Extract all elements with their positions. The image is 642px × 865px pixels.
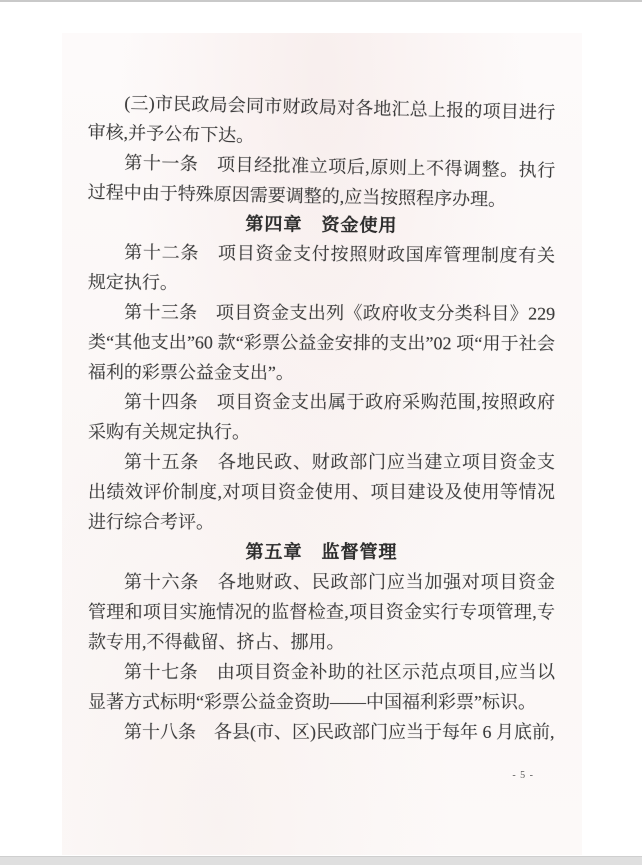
scanner-edge-top — [0, 0, 642, 2]
scanned-document: (三)市民政局会同市财政局对各地汇总上报的项目进行审核,并予公布下达。 第十一条… — [0, 0, 642, 865]
paragraph-article-16: 第十六条 各地财政、民政部门应当加强对项目资金管理和项目实施情况的监督检查,项目… — [88, 567, 555, 657]
page-number: - 5 - — [512, 770, 534, 781]
chapter-heading-5: 第五章 监督管理 — [88, 537, 555, 567]
paragraph-article-13: 第十三条 项目资金支出列《政府收支分类科目》229 类“其他支出”60 款“彩票… — [88, 297, 555, 389]
paragraph-article-18: 第十八条 各县(市、区)民政部门应当于每年 6 月底前, — [88, 717, 555, 747]
paragraph-article-17: 第十七条 由项目资金补助的社区示范点项目,应当以显著方式标明“彩票公益金资助——… — [88, 657, 555, 717]
scanner-edge-bottom — [0, 856, 642, 865]
document-page: (三)市民政局会同市财政局对各地汇总上报的项目进行审核,并予公布下达。 第十一条… — [62, 33, 582, 855]
paragraph-article-12: 第十二条 项目资金支付按照财政国库管理制度有关规定执行。 — [88, 237, 555, 301]
document-content: (三)市民政局会同市财政局对各地汇总上报的项目进行审核,并予公布下达。 第十一条… — [88, 87, 555, 747]
paragraph-item-3-clause: (三)市民政局会同市财政局对各地汇总上报的项目进行审核,并予公布下达。 — [87, 87, 555, 158]
paragraph-article-15: 第十五条 各地民政、财政部门应当建立项目资金支出绩效评价制度,对项目资金使用、项… — [88, 447, 555, 537]
paragraph-article-14: 第十四条 项目资金支出属于政府采购范围,按照政府采购有关规定执行。 — [88, 387, 555, 447]
paragraph-article-11: 第十一条 项目经批准立项后,原则上不得调整。执行过程中由于特殊原因需要调整的,应… — [87, 147, 555, 216]
